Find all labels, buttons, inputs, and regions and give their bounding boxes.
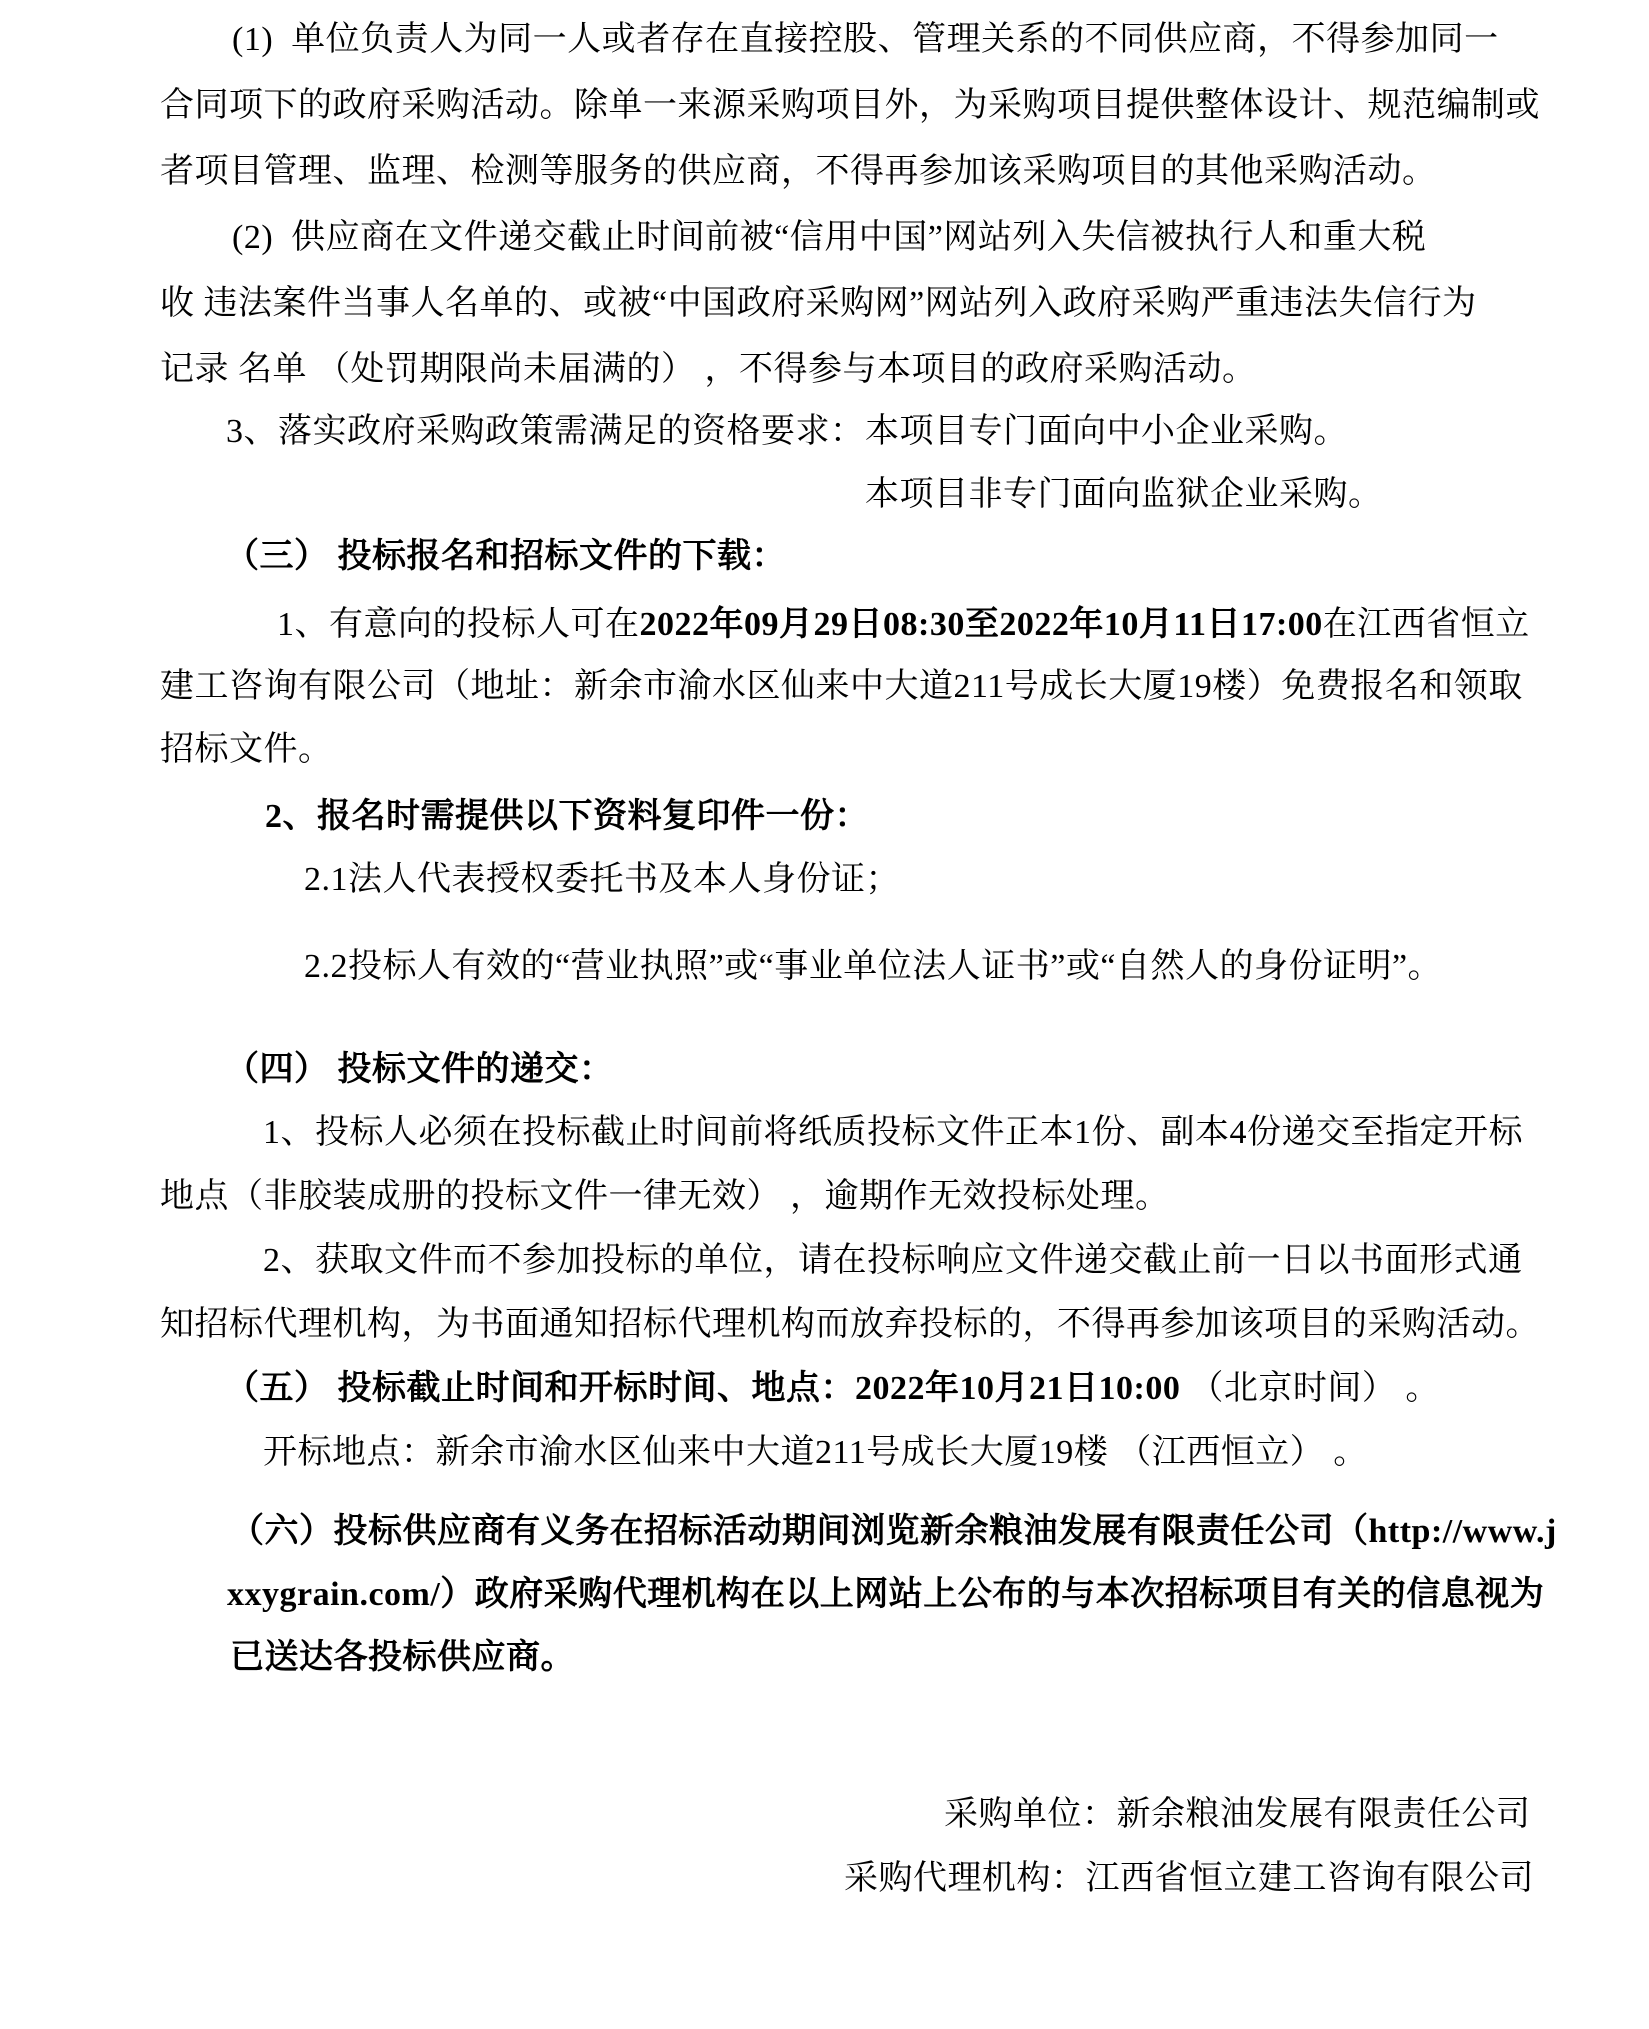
- text-segment: 采购单位：新余粮油发展有限责任公司: [944, 1796, 1531, 1833]
- bold-text-segment: （四） 投标文件的递交：: [225, 1051, 614, 1088]
- text-segment: 2.2投标人有效的“营业执照”或“事业单位法人证书”或“自然人的身份证明”。: [304, 948, 1442, 985]
- materials-item-2-2: 2.2投标人有效的“营业执照”或“事业单位法人证书”或“自然人的身份证明”。: [304, 947, 1442, 986]
- text-segment: 者项目管理、监理、检测等服务的供应商，不得再参加该采购项目的其他采购活动。: [160, 153, 1437, 190]
- text-segment: 开标地点：新余市渝水区仙来中大道211号成长大厦19楼 （江西恒立） 。: [263, 1434, 1368, 1471]
- item-3-sme-note: 本项目专门面向中小企业采购。: [865, 412, 1348, 451]
- bold-text-segment: （六）投标供应商有义务在招标活动期间浏览新余粮油发展有限责任公司（http://…: [230, 1513, 1557, 1550]
- text-segment: 本项目非专门面向监狱企业采购。: [865, 476, 1383, 513]
- clause-1-line-3: 者项目管理、监理、检测等服务的供应商，不得再参加该采购项目的其他采购活动。: [160, 152, 1437, 191]
- submission-2-line-2: 知招标代理机构，为书面通知招标代理机构而放弃投标的，不得再参加该项目的采购活动。: [160, 1305, 1540, 1344]
- text-segment: 收 违法案件当事人名单的、或被“中国政府采购网”网站列入政府采购严重违法失信行为: [160, 285, 1477, 322]
- clause-1-line-2: 合同项下的政府采购活动。除单一来源采购项目外，为采购项目提供整体设计、规范编制或: [160, 86, 1540, 125]
- section-4-heading: （四） 投标文件的递交：: [225, 1050, 614, 1089]
- clause-2-line-3: 记录 名单 （处罚期限尚未届满的） ，不得参与本项目的政府采购活动。: [160, 350, 1257, 389]
- bold-text-segment: xxygrain.com/）政府采购代理机构在以上网站上公布的与本次招标项目有关…: [227, 1576, 1544, 1613]
- item-3-prison-note: 本项目非专门面向监狱企业采购。: [865, 475, 1383, 514]
- text-segment: 3、落实政府采购政策需满足的资格要求：: [226, 413, 865, 450]
- clause-2-line-2: 收 违法案件当事人名单的、或被“中国政府采购网”网站列入政府采购严重违法失信行为: [160, 284, 1477, 323]
- text-segment: （北京时间） 。: [1180, 1370, 1440, 1407]
- section-6-line-3: 已送达各投标供应商。: [230, 1638, 575, 1677]
- materials-heading: 2、报名时需提供以下资料复印件一份：: [265, 797, 869, 836]
- bold-text-segment: 2022年09月29日08:30至2022年10月11日17:00: [640, 606, 1323, 643]
- bold-text-segment: （五） 投标截止时间和开标时间、地点：2022年10月21日10:00: [225, 1370, 1180, 1407]
- bold-text-segment: 已送达各投标供应商。: [230, 1639, 575, 1676]
- text-segment: 知招标代理机构，为书面通知招标代理机构而放弃投标的，不得再参加该项目的采购活动。: [160, 1306, 1540, 1343]
- text-segment: 2、获取文件而不参加投标的单位，请在投标响应文件递交截止前一日以书面形式通: [263, 1242, 1523, 1279]
- submission-1-line-2: 地点（非胶装成册的投标文件一律无效） ，逾期作无效投标处理。: [160, 1177, 1170, 1216]
- bold-text-segment: 2、报名时需提供以下资料复印件一份：: [265, 798, 869, 835]
- text-segment: 建工咨询有限公司（地址：新余市渝水区仙来中大道211号成长大厦19楼）免费报名和…: [160, 668, 1523, 705]
- section-3-heading: （三） 投标报名和招标文件的下载：: [225, 537, 786, 576]
- text-segment: 合同项下的政府采购活动。除单一来源采购项目外，为采购项目提供整体设计、规范编制或: [160, 87, 1540, 124]
- item-3-policy: 3、落实政府采购政策需满足的资格要求：: [226, 412, 865, 451]
- text-segment: 招标文件。: [160, 731, 333, 768]
- opening-location: 开标地点：新余市渝水区仙来中大道211号成长大厦19楼 （江西恒立） 。: [263, 1433, 1368, 1472]
- bold-text-segment: （三） 投标报名和招标文件的下载：: [225, 538, 786, 575]
- section-6-line-1: （六）投标供应商有义务在招标活动期间浏览新余粮油发展有限责任公司（http://…: [230, 1512, 1557, 1551]
- clause-1-line-1: (1) 单位负责人为同一人或者存在直接控股、管理关系的不同供应商，不得参加同一: [232, 20, 1499, 59]
- text-segment: 2.1法人代表授权委托书及本人身份证；: [304, 861, 900, 898]
- registration-line-1: 1、有意向的投标人可在2022年09月29日08:30至2022年10月11日1…: [277, 605, 1530, 644]
- section-5-deadline: （五） 投标截止时间和开标时间、地点：2022年10月21日10:00 （北京时…: [225, 1369, 1440, 1408]
- text-segment: 1、有意向的投标人可在: [277, 606, 640, 643]
- registration-line-3: 招标文件。: [160, 730, 333, 769]
- text-segment: 在江西省恒立: [1323, 606, 1530, 643]
- text-segment: (2) 供应商在文件递交截止时间前被“信用中国”网站列入失信被执行人和重大税: [232, 219, 1426, 256]
- text-segment: 1、投标人必须在投标截止时间前将纸质投标文件正本1份、副本4份递交至指定开标: [263, 1114, 1523, 1151]
- submission-2-line-1: 2、获取文件而不参加投标的单位，请在投标响应文件递交截止前一日以书面形式通: [263, 1241, 1523, 1280]
- text-segment: 记录 名单 （处罚期限尚未届满的） ，不得参与本项目的政府采购活动。: [160, 351, 1257, 388]
- signature-purchaser: 采购单位：新余粮油发展有限责任公司: [944, 1795, 1531, 1834]
- text-segment: 地点（非胶装成册的投标文件一律无效） ，逾期作无效投标处理。: [160, 1178, 1170, 1215]
- signature-agency: 采购代理机构：江西省恒立建工咨询有限公司: [844, 1859, 1534, 1898]
- text-segment: 采购代理机构：江西省恒立建工咨询有限公司: [844, 1860, 1534, 1897]
- text-segment: (1) 单位负责人为同一人或者存在直接控股、管理关系的不同供应商，不得参加同一: [232, 21, 1499, 58]
- document-page: (1) 单位负责人为同一人或者存在直接控股、管理关系的不同供应商，不得参加同一合…: [0, 0, 1649, 2029]
- text-segment: 本项目专门面向中小企业采购。: [865, 413, 1348, 450]
- registration-line-2: 建工咨询有限公司（地址：新余市渝水区仙来中大道211号成长大厦19楼）免费报名和…: [160, 667, 1523, 706]
- submission-1-line-1: 1、投标人必须在投标截止时间前将纸质投标文件正本1份、副本4份递交至指定开标: [263, 1113, 1523, 1152]
- materials-item-2-1: 2.1法人代表授权委托书及本人身份证；: [304, 860, 900, 899]
- section-6-line-2: xxygrain.com/）政府采购代理机构在以上网站上公布的与本次招标项目有关…: [227, 1575, 1544, 1614]
- clause-2-line-1: (2) 供应商在文件递交截止时间前被“信用中国”网站列入失信被执行人和重大税: [232, 218, 1426, 257]
